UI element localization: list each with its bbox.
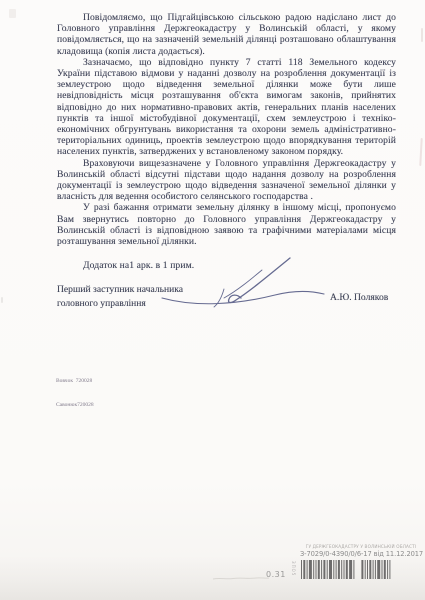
paragraph-suggestion: У разі бажання отримати земельну ділянку… <box>57 202 396 247</box>
stamp-org-line: ГУ ДЕРЖГЕОКАДАСТРУ У ВОЛИНСЬКІЙ ОБЛАСТІ <box>300 544 422 549</box>
vertical-stamp-mark: ЗПО5 <box>291 561 296 591</box>
registration-stamp: ГУ ДЕРЖГЕОКАДАСТРУ У ВОЛИНСЬКІЙ ОБЛАСТІ … <box>300 544 422 580</box>
scan-edge-artifact <box>1 297 3 303</box>
executor-note: Вовчок 720028 Савонюк720028 <box>56 361 94 425</box>
letter-body: Повідомляємо, що Підгайцівською сільсько… <box>57 12 396 271</box>
paragraph-notify: Повідомляємо, що Підгайцівською сільсько… <box>57 12 396 57</box>
barcode <box>300 560 418 580</box>
handwritten-signature <box>140 246 405 310</box>
executor-line2: Савонюк720028 <box>56 401 94 409</box>
faint-handwriting <box>212 572 270 582</box>
paragraph-legal-basis: Зазначаємо, що відповідно пункту 7 статт… <box>57 57 396 158</box>
scan-edge-artifact <box>9 9 16 18</box>
scan-edge-artifact <box>421 28 423 42</box>
executor-line1: Вовчок 720028 <box>56 377 94 385</box>
stamp-reg-number: З-7029/0-4390/0/6-17 від 11.12.2017 <box>300 550 422 558</box>
scanned-letter-page: Повідомляємо, що Підгайцівською сільсько… <box>0 0 425 600</box>
scan-edge-artifact <box>419 138 422 166</box>
paragraph-refusal: Враховуючи вищезазначене у Головного упр… <box>57 158 396 203</box>
